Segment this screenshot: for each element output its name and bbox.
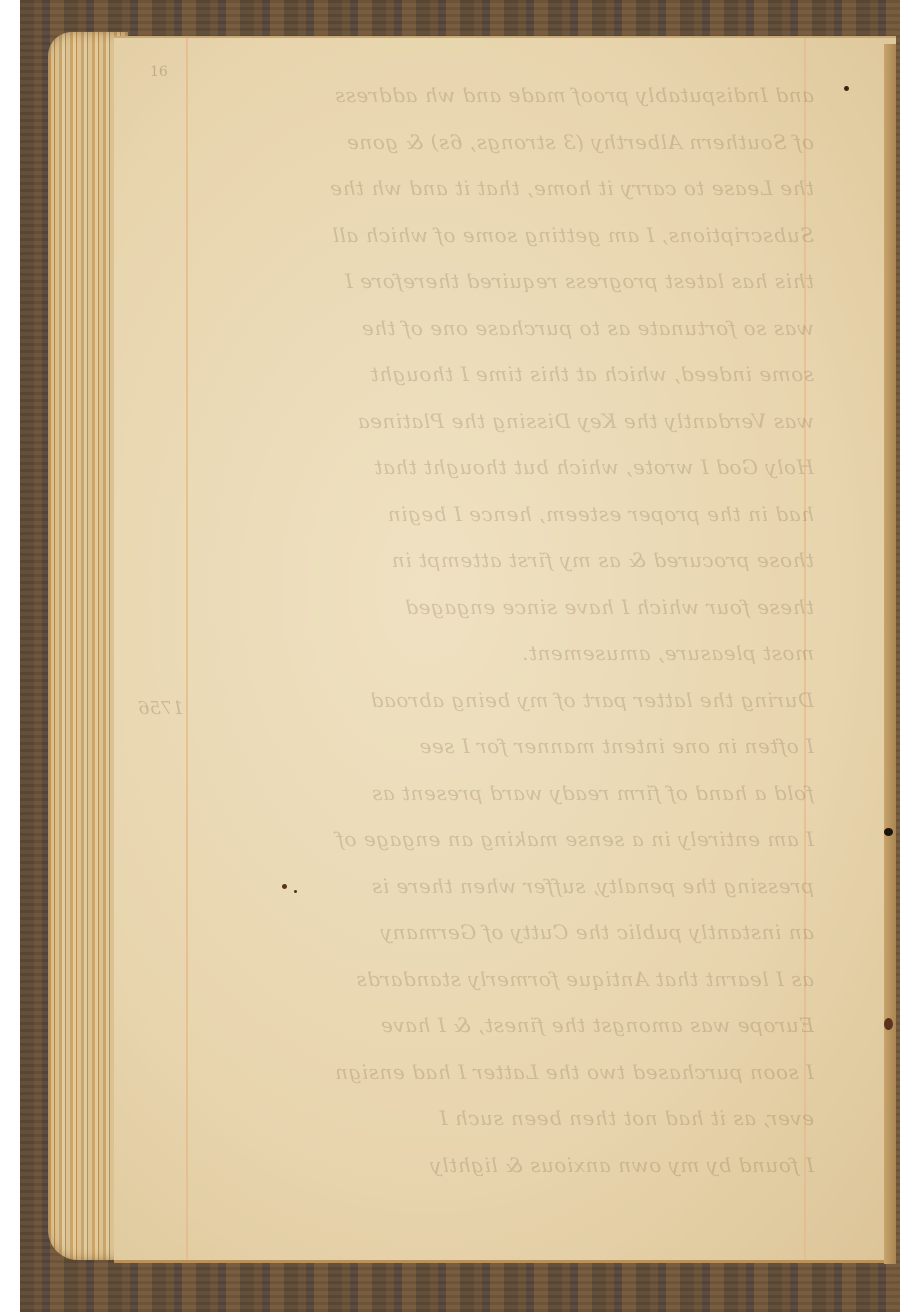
- text-line: and Indisputably proof made and wh addre…: [194, 72, 814, 119]
- text-line: During the latter part of my being abroa…: [194, 677, 814, 724]
- ink-spot: [844, 86, 849, 91]
- text-line: was Verdantly the Key Dissing the Platin…: [194, 398, 814, 445]
- text-line: most pleasure, amusement.: [194, 630, 814, 677]
- text-line: ever, as it had not then been such I: [194, 1095, 814, 1142]
- text-line: the Lease to carry it home, that it and …: [194, 165, 814, 212]
- ink-spot: [884, 828, 893, 836]
- margin-date-note: 1756: [138, 698, 184, 719]
- text-line: pressing the penalty, suffer when there …: [194, 863, 814, 910]
- bleed-through-text: and Indisputably proof made and wh addre…: [194, 72, 814, 1188]
- text-line: I am entirely in a sense making an engag…: [194, 816, 814, 863]
- text-line: as I learnt that Antique formerly standa…: [194, 956, 814, 1003]
- text-line: I found by my own anxious & lightly: [194, 1142, 814, 1189]
- text-line: I often in one intent manner for I see: [194, 723, 814, 770]
- text-line: of Southern Alberthy (3 strongs, 6s) & g…: [194, 119, 814, 166]
- text-line: had in the proper esteem, hence I begin: [194, 491, 814, 538]
- notebook: 16 1756 and Indisputably proof made and …: [48, 32, 896, 1264]
- text-line: those procured & as my first attempt in: [194, 537, 814, 584]
- text-line: was so fortunate as to purchase one of t…: [194, 305, 814, 352]
- text-line: some indeed, which at this time I though…: [194, 351, 814, 398]
- text-line: these four which I have since engaged: [194, 584, 814, 631]
- text-line: this has latest progress required theref…: [194, 258, 814, 305]
- text-line: I soon purchased two the Latter I had en…: [194, 1049, 814, 1096]
- text-line: Europe was amongst the finest, & I have: [194, 1002, 814, 1049]
- manuscript-page: 16 1756 and Indisputably proof made and …: [114, 36, 896, 1263]
- page-number: 16: [150, 64, 168, 80]
- ink-spot: [294, 890, 297, 893]
- text-line: an instantly public the Cutty of Germany: [194, 909, 814, 956]
- foxing-stain: [884, 1018, 893, 1030]
- text-line: fold a hand of firm ready ward present a…: [194, 770, 814, 817]
- page-right-edge: [884, 44, 896, 1264]
- ink-spot: [282, 884, 287, 889]
- text-line: Subscriptions, I am getting some of whic…: [194, 212, 814, 259]
- margin-rule-left: [186, 38, 188, 1260]
- text-line: Holy God I wrote, which but thought that: [194, 444, 814, 491]
